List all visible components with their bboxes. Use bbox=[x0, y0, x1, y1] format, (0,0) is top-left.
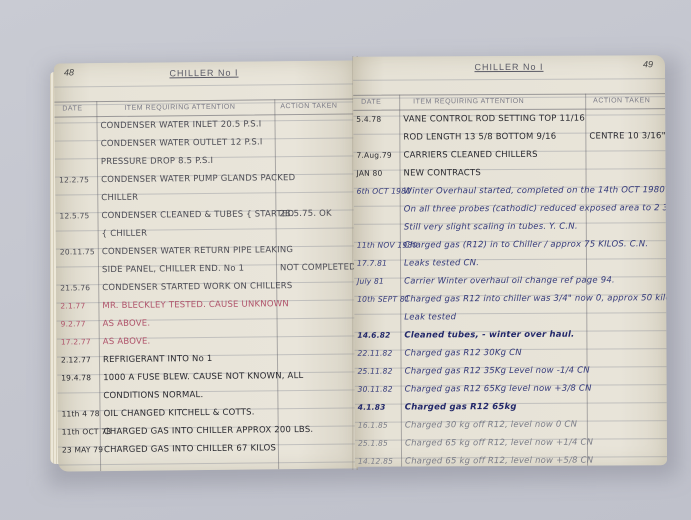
log-entry: Still very slight scaling in tubes. Y. C… bbox=[354, 217, 666, 237]
log-entry: 23 MAY 79CHARGED GAS INTO CHILLER 67 KIL… bbox=[58, 438, 358, 459]
right-page: 49 CHILLER No I DATE ITEM REQUIRING ATTE… bbox=[353, 55, 667, 467]
entry-item: CHILLER bbox=[101, 189, 138, 207]
entry-date: 12.2.75 bbox=[59, 171, 97, 189]
entry-item: Charged gas R12 65kg bbox=[405, 398, 517, 417]
entry-item: Leaks tested CN. bbox=[404, 254, 479, 272]
entry-date: July 81 bbox=[357, 273, 401, 291]
header-action: ACTION TAKEN bbox=[280, 103, 337, 111]
header-item: ITEM REQUIRING ATTENTION bbox=[413, 98, 524, 106]
entry-item: CHARGED GAS INTO CHILLER 67 KILOS bbox=[104, 439, 276, 459]
entry-date: 11th OCT 78 bbox=[62, 423, 100, 441]
entry-item: CARRIERS CLEANED CHILLERS bbox=[403, 146, 537, 165]
log-entry: July 81Carrier Winter overhaul oil chang… bbox=[354, 271, 666, 291]
log-entry: 17.7.81Leaks tested CN. bbox=[354, 253, 666, 273]
log-entry: 14.12.85Charged 65 kg off R12, level now… bbox=[355, 451, 667, 467]
log-entry: 16.1.85Charged 30 kg off R12, level now … bbox=[355, 415, 667, 435]
log-entry: JAN 80NEW CONTRACTS bbox=[353, 163, 665, 183]
entry-date: JAN 80 bbox=[356, 165, 400, 183]
entry-item: CONDENSER CLEANED & TUBES { STARTED bbox=[101, 205, 294, 225]
entry-item: { CHILLER bbox=[102, 225, 148, 243]
entry-item: AS ABOVE. bbox=[103, 333, 151, 351]
entry-date: 17.7.81 bbox=[357, 255, 401, 273]
entry-date: 2.12.77 bbox=[61, 351, 99, 369]
entry-date: 14.12.85 bbox=[358, 453, 402, 467]
entry-date: 14.6.82 bbox=[357, 327, 401, 345]
entry-action: 28.5.75. OK bbox=[279, 205, 331, 224]
entry-item: SIDE PANEL, CHILLER END. No 1 bbox=[102, 260, 244, 279]
entry-item: Carrier Winter overhaul oil change ref p… bbox=[404, 271, 615, 290]
entry-date: 11th 4 78 bbox=[61, 405, 99, 423]
entry-item: CONDENSER WATER OUTLET 12 P.S.I bbox=[101, 133, 263, 153]
entry-date: 17.2.77 bbox=[61, 333, 99, 351]
entry-item: CONDITIONS NORMAL. bbox=[103, 386, 203, 405]
entry-date: 16.1.85 bbox=[358, 417, 402, 435]
entry-item: Charged gas R12 30Kg CN bbox=[404, 344, 521, 363]
entry-item: OIL CHANGED KITCHELL & COTTS. bbox=[103, 403, 254, 423]
entry-date: 20.11.75 bbox=[60, 243, 98, 261]
entry-item: MR. BLECKLEY TESTED. CAUSE UNKNOWN bbox=[102, 295, 289, 315]
entry-item: Cleaned tubes, - winter over haul. bbox=[404, 326, 574, 345]
entry-item: CHARGED GAS INTO CHILLER APPROX 200 LBS. bbox=[104, 421, 314, 441]
entry-item: Still very slight scaling in tubes. Y. C… bbox=[404, 218, 578, 237]
header-item: ITEM REQUIRING ATTENTION bbox=[124, 104, 235, 112]
log-entry: 25.11.82Charged gas R12 35Kg Level now -… bbox=[355, 361, 667, 381]
entry-item: NEW CONTRACTS bbox=[403, 164, 480, 182]
log-entry: ROD LENGTH 13 5/8 BOTTOM 9/16CENTRE 10 3… bbox=[353, 127, 665, 147]
left-page: 48 CHILLER No I DATE ITEM REQUIRING ATTE… bbox=[54, 60, 358, 471]
entry-item: AS ABOVE. bbox=[103, 315, 151, 333]
entry-item: On all three probes (cathodic) reduced e… bbox=[404, 199, 667, 218]
entry-date: 5.4.78 bbox=[356, 111, 400, 129]
log-entry: 30.11.82Charged gas R12 65Kg level now +… bbox=[355, 379, 667, 399]
log-entry: 22.11.82Charged gas R12 30Kg CN bbox=[354, 343, 666, 363]
entry-item: Charged gas (R12) in to Chiller / approx… bbox=[404, 235, 648, 254]
page-title: CHILLER No I bbox=[353, 61, 665, 73]
entry-action: CENTRE 10 3/16" bbox=[589, 127, 665, 145]
entry-date: 9.2.77 bbox=[61, 315, 99, 333]
log-entry: 10th SEPT 81Charged gas R12 into chiller… bbox=[354, 289, 666, 309]
entry-item: REFRIGERANT INTO No 1 bbox=[103, 350, 213, 369]
entry-date: 23 MAY 79 bbox=[62, 441, 100, 459]
log-entry: 25.1.85Charged 65 kg off R12, level now … bbox=[355, 433, 667, 453]
entry-item: CONDENSER WATER INLET 20.5 P.S.I bbox=[100, 115, 261, 135]
entry-item: Charged 30 kg off R12, level now 0 CN bbox=[405, 416, 577, 435]
entry-item: 1000 A FUSE BLEW. CAUSE NOT KNOWN, ALL bbox=[103, 367, 303, 387]
log-entry: 6th OCT 1980Winter Overhaul started, com… bbox=[354, 181, 666, 201]
header-date: DATE bbox=[361, 99, 381, 106]
entry-item: VANE CONTROL ROD SETTING TOP 11/16 bbox=[403, 110, 585, 129]
log-entries: 5.4.78VANE CONTROL ROD SETTING TOP 11/16… bbox=[353, 109, 667, 467]
entry-date: 30.11.82 bbox=[358, 381, 402, 399]
entry-date: 7.Aug.79 bbox=[356, 147, 400, 165]
entry-date: 6th OCT 1980 bbox=[357, 183, 401, 201]
entry-date: 22.11.82 bbox=[357, 345, 401, 363]
entry-date: 11th NOV 1980 bbox=[357, 237, 401, 255]
entry-action: NOT COMPLETED bbox=[280, 258, 356, 277]
entry-item: Charged gas R12 65Kg level now +3/8 CN bbox=[405, 380, 592, 399]
entry-item: Leak tested bbox=[404, 308, 456, 326]
entry-date: 2.1.77 bbox=[60, 297, 98, 315]
entry-date: 19.4.78 bbox=[61, 369, 99, 387]
entry-item: Charged 65 kg off R12, level now +1/4 CN bbox=[405, 434, 593, 453]
entry-item: CONDENSER STARTED WORK ON CHILLERS bbox=[102, 277, 292, 297]
entry-item: Winter Overhaul started, completed on th… bbox=[404, 181, 665, 200]
entry-date: 25.1.85 bbox=[358, 435, 402, 453]
log-entry: 14.6.82Cleaned tubes, - winter over haul… bbox=[354, 325, 666, 345]
entry-item: ROD LENGTH 13 5/8 BOTTOM 9/16 bbox=[403, 128, 556, 147]
log-entry: 5.4.78VANE CONTROL ROD SETTING TOP 11/16 bbox=[353, 109, 665, 129]
entry-item: PRESSURE DROP 8.5 P.S.I bbox=[101, 152, 213, 171]
entry-item: Charged 65 kg off R12, level now +5/8 CN bbox=[405, 452, 593, 467]
log-entry: Leak tested bbox=[354, 307, 666, 327]
log-entry: On all three probes (cathodic) reduced e… bbox=[354, 199, 666, 219]
entry-item: Charged gas R12 into chiller was 3/4" no… bbox=[404, 289, 667, 309]
log-entry: 7.Aug.79CARRIERS CLEANED CHILLERS bbox=[353, 145, 665, 165]
entry-date: 21.5.76 bbox=[60, 279, 98, 297]
entry-date: 4.1.83 bbox=[358, 399, 402, 417]
log-entry: 11th NOV 1980Charged gas (R12) in to Chi… bbox=[354, 235, 666, 255]
log-entry: 4.1.83Charged gas R12 65kg bbox=[355, 397, 667, 417]
entry-item: CONDENSER WATER RETURN PIPE LEAKING bbox=[102, 241, 294, 261]
entry-item: CONDENSER WATER PUMP GLANDS PACKED bbox=[101, 169, 295, 189]
header-action: ACTION TAKEN bbox=[593, 97, 650, 104]
entry-date: 12.5.75 bbox=[59, 207, 97, 225]
entry-date: 10th SEPT 81 bbox=[357, 291, 401, 309]
log-entries: CONDENSER WATER INLET 20.5 P.S.ICONDENSE… bbox=[54, 114, 358, 459]
entry-date: 25.11.82 bbox=[358, 363, 402, 381]
entry-item: Charged gas R12 35Kg Level now -1/4 CN bbox=[405, 362, 590, 381]
header-date: DATE bbox=[62, 105, 82, 112]
